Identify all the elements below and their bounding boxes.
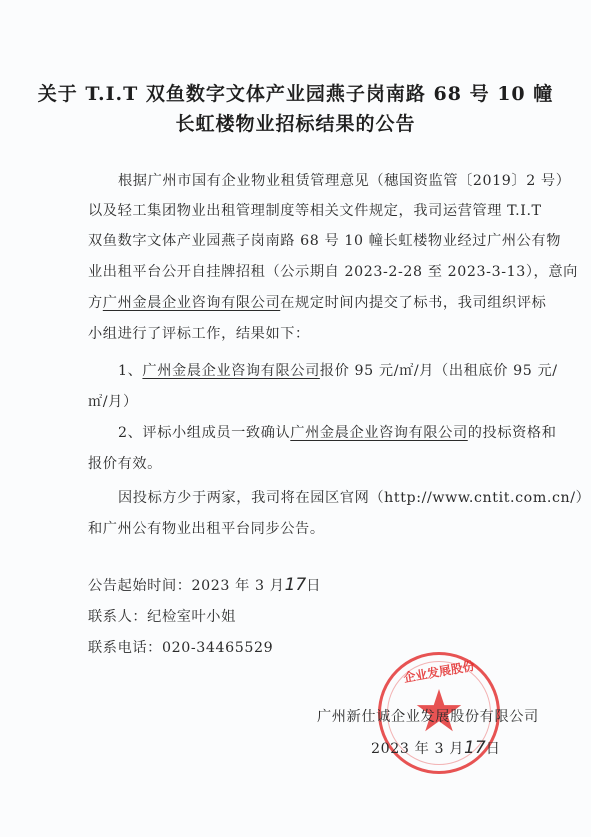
document-page: 关于 T.I.T 双鱼数字文体产业园燕子岗南路 68 号 10 幢 长虹楼物业招…	[0, 0, 591, 837]
paragraph1-line2: 以及轻工集团物业出租管理制度等相关文件规定，我司运营管理 T.I.T	[88, 200, 558, 220]
result1-line2: ㎡/月）	[88, 391, 558, 411]
result2-prefix: 2、评标小组成员一致确认	[118, 425, 290, 441]
paragraph1-line1: 根据广州市国有企业物业租赁管理意见（穗国资监管〔2019〕2 号）	[118, 170, 588, 190]
result2-suffix: 的投标资格和	[468, 425, 557, 441]
result2-line1: 2、评标小组成员一致确认广州金晨企业咨询有限公司的投标资格和	[118, 422, 588, 442]
notice-line1: 因投标方少于两家，我司将在园区官网（http://www.cntit.com.c…	[118, 487, 588, 507]
signature-date-prefix: 2023 年 3 月	[371, 741, 464, 757]
result1-company: 广州金晨企业咨询有限公司	[142, 363, 319, 379]
document-title-line1: 关于 T.I.T 双鱼数字文体产业园燕子岗南路 68 号 10 幢	[0, 79, 591, 106]
signature-handwritten-day: 17	[464, 738, 486, 758]
signature-date: 2023 年 3 月17日	[371, 738, 500, 758]
announcement-start-suffix: 日	[306, 578, 321, 594]
notice-line2: 和广州公有物业出租平台同步公告。	[88, 518, 558, 538]
signature-date-suffix: 日	[486, 741, 501, 757]
result2-company: 广州金晨企业咨询有限公司	[290, 425, 467, 441]
paragraph1-line5: 方广州金晨企业咨询有限公司在规定时间内提交了标书，我司组织评标	[88, 292, 558, 312]
result1-suffix: 报价 95 元/㎡/月（出租底价 95 元/	[320, 363, 558, 379]
paragraph1-line3: 双鱼数字文体产业园燕子岗南路 68 号 10 幢长虹楼物业经过广州公有物	[88, 230, 558, 250]
result2-line2: 报价有效。	[88, 453, 558, 473]
paragraph1-line5-suffix: 在规定时间内提交了标书，我司组织评标	[280, 295, 546, 311]
bidder-company-name: 广州金晨企业咨询有限公司	[103, 295, 280, 311]
signature-company: 广州新仕诚企业发展股份有限公司	[317, 706, 539, 726]
handwritten-day: 17	[285, 575, 307, 595]
contact-person: 联系人：纪检室叶小姐	[88, 606, 558, 626]
document-title-line2: 长虹楼物业招标结果的公告	[0, 109, 591, 136]
paragraph1-line4: 业出租平台公开自挂牌招租（公示期自 2023-2-28 至 2023-3-13）…	[88, 261, 558, 281]
paragraph1-line5-prefix: 方	[88, 295, 103, 311]
contact-phone: 联系电话：020-34465529	[88, 637, 558, 657]
announcement-start-label: 公告起始时间：2023 年 3 月	[88, 578, 285, 594]
announcement-start-date: 公告起始时间：2023 年 3 月17日	[88, 575, 558, 595]
result1-prefix: 1、	[118, 363, 142, 379]
paragraph1-line6: 小组进行了评标工作，结果如下：	[88, 323, 558, 343]
result1-line1: 1、广州金晨企业咨询有限公司报价 95 元/㎡/月（出租底价 95 元/	[118, 360, 588, 380]
